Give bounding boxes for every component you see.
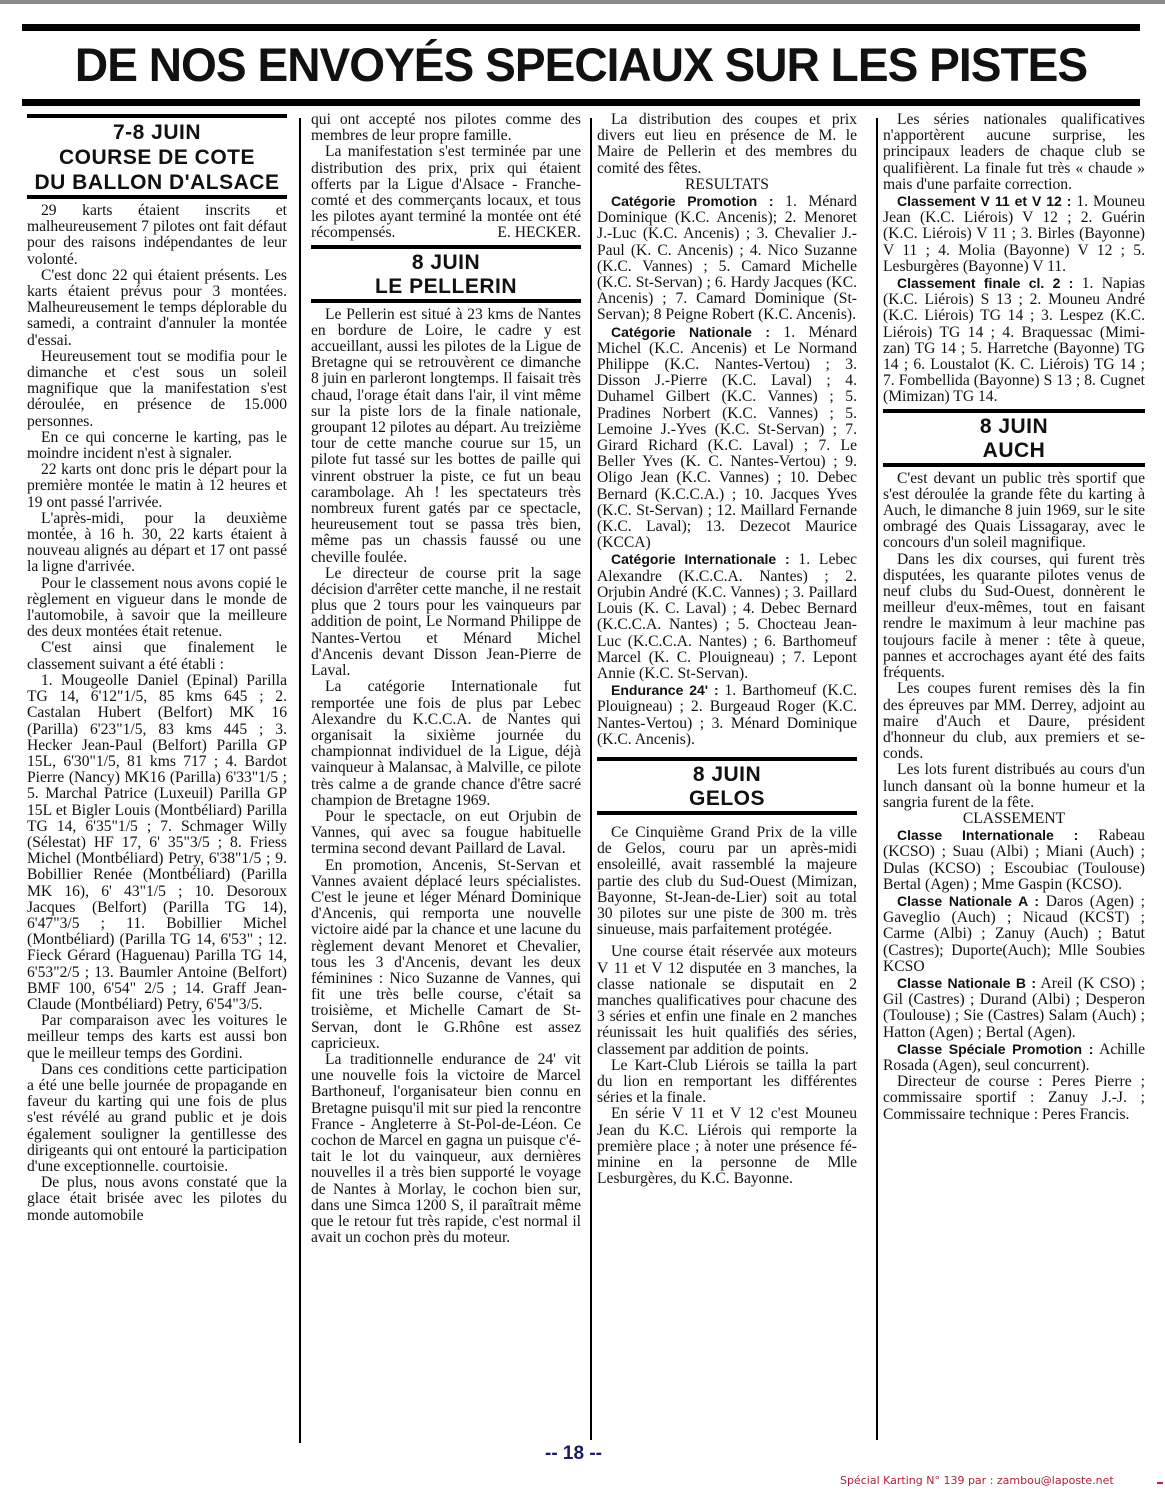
page-number: -- 18 -- — [545, 1443, 602, 1465]
section-title: AUCH — [883, 439, 1145, 463]
category-label: Classe Nationale A : — [897, 893, 1039, 909]
category-results: 1. Mé­nard Dominique (K.C. Ancenis); 2. … — [597, 193, 857, 323]
section-header-gelos: 8 JUIN GELOS — [597, 757, 857, 815]
results-entry: Classe Spéciale Promotion : Achille Rosa… — [883, 1041, 1145, 1074]
column-3: La distribution des coupes et prix diver… — [597, 112, 857, 1442]
results-entry: Classement V 11 et V 12 : 1. Mouneu Jean… — [883, 193, 1145, 275]
paragraph: La manifestation s'est termi­née par une… — [311, 144, 581, 241]
paragraph: Les coupes furent remises dès la fin des… — [883, 681, 1145, 762]
category-label: Catégorie Nationale : — [611, 324, 770, 340]
paragraph: C'est devant un public très sportif que … — [883, 471, 1145, 552]
paragraph: En promotion, Ancenis, St-Servan et Vann… — [311, 858, 581, 1052]
paragraph: Pour le spectacle, on eut Or­jubin de Va… — [311, 809, 581, 858]
section-date: 8 JUIN — [597, 763, 857, 787]
paragraph: Les lots furent distribués au cours d'un… — [883, 762, 1145, 811]
section-date: 8 JUIN — [311, 251, 581, 275]
paragraph: Heureusement tout se modifia pour le dim… — [27, 349, 287, 430]
paragraph: qui ont accepté nos pilotes comme des me… — [311, 112, 581, 144]
page-header: DE NOS ENVOYÉS SPECIAUX SUR LES PISTES — [22, 24, 1140, 106]
category-label: Classe Spéciale Promotion : — [897, 1041, 1093, 1057]
results-entry: Classement finale cl. 2 : 1. Napias (K.C… — [883, 275, 1145, 406]
results-heading: CLASSEMENT — [883, 811, 1145, 827]
category-label: Catégorie Internationale : — [611, 551, 790, 567]
results-entry: Catégorie Internationale : 1. Lebec Alex… — [597, 551, 857, 682]
results-entry: Catégorie Promotion : 1. Mé­nard Dominiq… — [597, 193, 857, 324]
column-4: Les séries nationales qualifi­catives n'… — [883, 112, 1145, 1442]
section-date: 8 JUIN — [883, 415, 1145, 439]
footer-mark — [1157, 1482, 1163, 1484]
category-results: 1. Lebec Alexandre (K.C.C.A. Nan­tes) ; … — [597, 551, 857, 681]
paragraph: 29 karts étaient inscrits et malheureuse… — [27, 203, 287, 268]
paragraph: En série V 11 et V 12 c'est Mouneu Jean … — [597, 1106, 857, 1187]
paragraph: 22 karts ont donc pris le dé­part pour l… — [27, 462, 287, 511]
section-title: COURSE DE COTE — [27, 145, 287, 170]
paragraph: Dans ces conditions cette par­ticipation… — [27, 1062, 287, 1175]
paragraph: De plus, nous avons constaté que la glac… — [27, 1175, 287, 1224]
category-label: Classement finale cl. 2 : — [897, 275, 1073, 291]
paragraph: Le directeur de course prit la sage déci… — [311, 566, 581, 679]
results-entry: Endurance 24' : 1. Barthomeuf (K.C. Plou… — [597, 682, 857, 748]
header-rule-bottom — [22, 99, 1140, 106]
category-label: Classe Nationale B : — [897, 975, 1036, 991]
section-title: LE PELLERIN — [311, 275, 581, 299]
results-entry: Classe Internationale : Rabeau (KCSO) ; … — [883, 827, 1145, 893]
category-label: Catégorie Promotion : — [611, 193, 774, 209]
section-header-ballon: 7-8 JUIN COURSE DE COTE DU BALLON D'ALSA… — [27, 114, 287, 199]
column-divider — [876, 118, 878, 1440]
section-title: GELOS — [597, 787, 857, 811]
paragraph: Ce Cinquième Grand Prix de la ville de G… — [597, 825, 857, 938]
category-label: Endurance 24' : — [611, 682, 719, 698]
paragraph: Le Pellerin est situé à 23 kms de Nantes… — [311, 307, 581, 566]
paragraph: C'est ainsi que finalement le classement… — [27, 640, 287, 672]
page-title: DE NOS ENVOYÉS SPECIAUX SUR LES PISTES — [33, 31, 1129, 99]
header-rule-top — [22, 24, 1140, 31]
results-list: 1. Mougeolle Daniel (Epinal) Parilla TG … — [27, 673, 287, 1013]
paragraph: L'après-midi, pour la deuxiè­me montée, … — [27, 511, 287, 576]
paragraph: Par comparaison avec les voi­tures le me… — [27, 1013, 287, 1062]
article-columns: 7-8 JUIN COURSE DE COTE DU BALLON D'ALSA… — [27, 112, 1145, 1442]
column-divider — [299, 118, 301, 1443]
paragraph: Pour le classement nous avons copié le r… — [27, 576, 287, 641]
category-label: Classe Internationale : — [897, 827, 1078, 843]
section-title: DU BALLON D'ALSACE — [27, 170, 287, 195]
paragraph: Dans les dix courses, qui fu­rent très d… — [883, 552, 1145, 682]
paragraph: La traditionnelle endurance de 24' vit u… — [311, 1052, 581, 1246]
category-results: 1. Napias (K.C. Liérois) S 13 ; 2. Moune… — [883, 275, 1145, 405]
paragraph: C'est donc 22 qui étaient pré­sents. Les… — [27, 268, 287, 349]
section-header-pellerin: 8 JUIN LE PELLERIN — [311, 245, 581, 303]
section-date: 7-8 JUIN — [27, 120, 287, 145]
column-1: 7-8 JUIN COURSE DE COTE DU BALLON D'ALSA… — [27, 112, 287, 1442]
paragraph: Une course était réservée aux moteurs V … — [597, 944, 857, 1057]
results-entry: Catégorie Nationale : 1. Mé­nard Michel … — [597, 324, 857, 552]
section-header-auch: 8 JUIN AUCH — [883, 409, 1145, 467]
top-border — [0, 0, 1165, 4]
footer-credit: Spécial Karting N° 139 par : zambou@lapo… — [840, 1474, 1114, 1487]
column-divider — [590, 118, 592, 1440]
results-entry: Classe Nationale A : Daros (Agen) ; Gave… — [883, 893, 1145, 975]
author-signature: E. HECKER. — [483, 225, 581, 241]
paragraph: Directeur de course : Peres Pierre ; com… — [883, 1074, 1145, 1123]
column-2: qui ont accepté nos pilotes comme des me… — [311, 112, 581, 1442]
category-results: 1. Mé­nard Michel (K.C. Ancenis) et Le N… — [597, 324, 857, 552]
paragraph: La distribution des coupes et prix diver… — [597, 112, 857, 177]
paragraph: Les séries nationales qualifi­catives n'… — [883, 112, 1145, 193]
paragraph: En ce qui concerne le karting, pas le mo… — [27, 430, 287, 462]
results-entry: Classe Nationale B : Areil (K CSO) ; Gil… — [883, 975, 1145, 1041]
paragraph: Le Kart-Club Liérois se tailla la part d… — [597, 1058, 857, 1107]
results-heading: RESULTATS — [597, 177, 857, 193]
paragraph: La catégorie Internationale fut remporté… — [311, 679, 581, 809]
category-label: Classement V 11 et V 12 : — [897, 193, 1071, 209]
